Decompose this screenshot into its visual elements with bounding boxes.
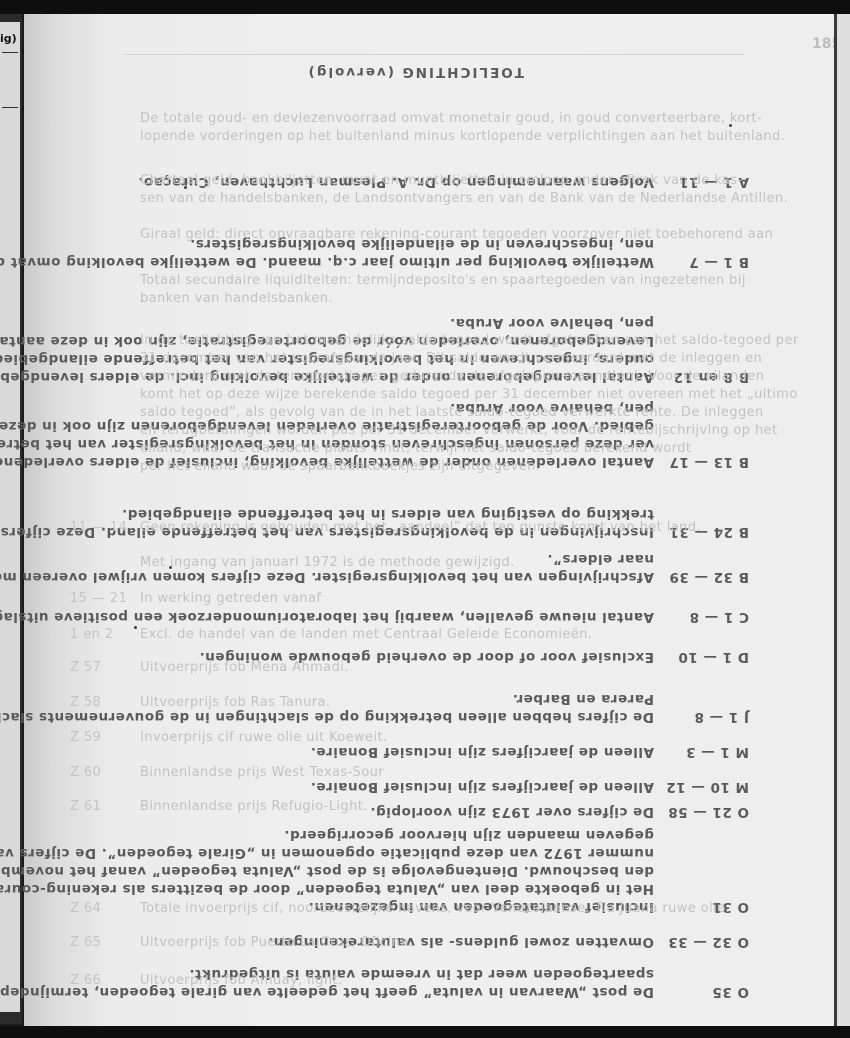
bleed-line: gegeven maanden zijn hiervoor gecorrigee… <box>284 826 749 844</box>
note-text: saldo tegoed”, als gevolg van de in het … <box>140 405 764 420</box>
note-line: eiland, waar de transactie plaats vindt,… <box>70 440 691 458</box>
note-text: Uitvoerprijs fob Mena Ahmadi. <box>140 660 349 675</box>
bleed-title: TOELICHTING (vervolg) <box>307 63 524 81</box>
bleed-code: M 1 — 3 <box>654 743 749 761</box>
intro-line: De totale goud- en deviezenvoorraad omva… <box>140 110 762 128</box>
scan-top-border <box>0 0 850 14</box>
note-line: Z 59Invoerprijs cif ruwe olie uit Koewei… <box>70 729 388 747</box>
note-line: verminderd met de terugbetalingen gedure… <box>70 368 764 386</box>
scan-speck <box>469 459 472 462</box>
bleed-text: naar elders”. <box>547 551 654 567</box>
note-code: Z 61 <box>70 798 140 816</box>
note-line: 15 — 21In werking getreden vanaf <box>70 590 321 608</box>
note-line: banken van handelsbanken. <box>70 290 333 308</box>
note-text: Chartaal geld: bankbiljetten, munt en mu… <box>140 173 743 188</box>
bleed-line: B 1 — 7Wettelijke bevolking per ultimo j… <box>0 253 749 271</box>
bleed-code: J 1 — 8 <box>654 708 749 726</box>
note-text: Uitvoerprijs fob Puerto La Cruz, Oficina… <box>140 935 413 950</box>
bleed-text: pen, behalve voor Aruba. <box>450 315 654 331</box>
note-text: komt het op deze wijze berekende saldo t… <box>140 387 798 402</box>
note-code: Z 64 <box>70 900 140 918</box>
page-stack-edge <box>834 14 850 1026</box>
adjacent-page-fragment: ig) <box>0 32 17 45</box>
note-line: 31 december van het voorafgaande jaar. D… <box>70 350 762 368</box>
note-code: Z 66 <box>70 972 140 990</box>
note-line: 1 en 2Excl. de handel van de landen met … <box>70 626 592 644</box>
note-text: Totale invoerprijs cif, noordoostelijke … <box>140 901 730 916</box>
note-text: Invoerprijs cif ruwe olie uit Koeweit. <box>140 730 388 745</box>
note-text: Binnenlandse prijs Refugio-Light. <box>140 799 368 814</box>
note-line: Z 64Totale invoerprijs cif, noordoosteli… <box>70 900 730 918</box>
scan-speck <box>169 566 172 569</box>
note-text: Met ingang van januari 1972 is de method… <box>140 555 515 570</box>
scan-speck <box>729 124 732 127</box>
bleed-code: O 32 — 33 <box>654 933 749 951</box>
bleed-code: M 10 — 12 <box>654 778 749 796</box>
scan-speck <box>134 626 137 629</box>
note-code: Z 65 <box>70 934 140 952</box>
note-text: In de toelichting van het maandelijks sa… <box>140 333 799 348</box>
bleed-line: O 21 — 58De cijfers over 1973 zijn voorl… <box>370 803 749 821</box>
note-line: Giraal geld: direct opvraagbare rekening… <box>70 226 773 244</box>
note-line: Chartaal geld: bankbiljetten, munt en mu… <box>70 172 743 190</box>
note-text: verminderd met de terugbetalingen gedure… <box>140 369 764 384</box>
note-text: Binnenlandse prijs West Texas-Sour <box>140 765 384 780</box>
scan-speck <box>564 264 567 267</box>
note-text: De totale goud- en deviezenvoorraad omva… <box>140 111 762 126</box>
intro-line: lopende vorderingen op het buitenland mi… <box>140 128 785 146</box>
scan-speck <box>184 186 187 189</box>
bleed-text: gegeven maanden zijn hiervoor gecorrigee… <box>284 827 654 843</box>
note-line: Totaal secundaire liquiditeiten: termijn… <box>70 272 746 290</box>
adjacent-page-rule <box>2 52 18 53</box>
note-text: Excl. de handel van de landen met Centra… <box>140 627 592 642</box>
bleed-line: Parera en Barber. <box>512 690 749 708</box>
note-text: Uitvoerprijs fob Ras Tanura. <box>140 695 330 710</box>
bleed-code: C 1 — 8 <box>654 608 749 626</box>
note-text: In werking getreden vanaf <box>140 591 321 606</box>
note-line: saldo tegoed”, als gevolg van de in het … <box>70 404 764 422</box>
note-text: Geen rekening is gehouden met het „aande… <box>140 520 701 535</box>
bleed-line: C 1 — 8Aantal nieuwe gevallen, waarbij h… <box>0 608 749 626</box>
note-text: banken van handelsbanken. <box>140 291 333 306</box>
note-code: Z 57 <box>70 659 140 677</box>
note-line: Z 66Uitvoerprijs fob Amuay, light. <box>70 972 343 990</box>
bleed-line: den beschouwd. Dientengevolge is de post… <box>0 862 749 880</box>
note-line: Z 60Binnenlandse prijs West Texas-Sour <box>70 764 384 782</box>
note-line: Z 58Uitvoerprijs fob Ras Tanura. <box>70 694 330 712</box>
note-line: Z 61Binnenlandse prijs Refugio-Light. <box>70 798 368 816</box>
bleed-text: den beschouwd. Dientengevolge is de post… <box>0 863 654 879</box>
note-line: Met ingang van januari 1972 is de method… <box>70 554 515 572</box>
note-line: In de toelichting van het maandelijks sa… <box>70 332 799 350</box>
bleed-text: nummer 1972 van deze publicatie opgenome… <box>0 845 654 861</box>
bleed-code: D 1 — 10 <box>654 648 749 666</box>
note-code: Z 59 <box>70 729 140 747</box>
bleed-line: nummer 1972 van deze publicatie opgenome… <box>0 844 749 862</box>
note-text: Giraal geld: direct opvraagbare rekening… <box>140 227 773 242</box>
note-code: 15 — 21 <box>70 590 140 608</box>
bleed-line: pen, behalve voor Aruba. <box>450 314 749 332</box>
note-line: en terugbetalingen worden pas per 31 dec… <box>70 422 778 440</box>
note-line: 11 — 14Geen rekening is gehouden met het… <box>70 519 701 537</box>
scan-bottom-border <box>0 1026 850 1038</box>
note-code: 1 en 2 <box>70 626 140 644</box>
bleed-code: O 35 <box>654 983 749 1001</box>
adjacent-page-rule <box>2 107 18 108</box>
note-text: per het eiland waar de spaarbankboekjes … <box>140 459 540 474</box>
note-code: 11 — 14 <box>70 519 140 537</box>
bleed-code: B 1 — 7 <box>654 253 749 271</box>
note-line: Z 57Uitvoerprijs fob Mena Ahmadi. <box>70 659 349 677</box>
bleed-code: B 32 — 39 <box>654 568 749 586</box>
bleed-line: naar elders”. <box>547 550 749 568</box>
note-text: Totaal secundaire liquiditeiten: termijn… <box>140 273 746 288</box>
bleed-code: O 21 — 58 <box>654 803 749 821</box>
bleed-line: Het in geboekte deel van „Valuta tegoede… <box>0 880 749 898</box>
note-code: Z 60 <box>70 764 140 782</box>
note-text: eiland, waar de transactie plaats vindt,… <box>140 441 691 456</box>
note-line: Z 65Uitvoerprijs fob Puerto La Cruz, Ofi… <box>70 934 413 952</box>
bleed-text: Wettelijke bevolking per ultimo jaar c.q… <box>0 254 654 270</box>
bleed-text: Parera en Barber. <box>512 691 654 707</box>
note-text: Uitvoerprijs fob Amuay, light. <box>140 973 343 988</box>
bleed-text: Het in geboekte deel van „Valuta tegoede… <box>0 881 654 897</box>
note-text: 31 december van het voorafgaande jaar. D… <box>140 351 762 366</box>
note-line: komt het op deze wijze berekende saldo t… <box>70 386 798 404</box>
note-text: lopende vorderingen op het buitenland mi… <box>140 129 785 144</box>
document-page: 185 TOELICHTING (vervolg)A 1 — 11Volgens… <box>24 14 834 1026</box>
note-line: sen van de handelsbanken, de Landsontvan… <box>70 190 788 208</box>
bleed-text: De cijfers over 1973 zijn voorlopig. <box>370 804 654 820</box>
note-text: sen van de handelsbanken, de Landsontvan… <box>140 191 788 206</box>
note-text: en terugbetalingen worden pas per 31 dec… <box>140 423 778 438</box>
bleed-text: Aantal nieuwe gevallen, waarbij het labo… <box>0 609 654 625</box>
note-code: Z 58 <box>70 694 140 712</box>
